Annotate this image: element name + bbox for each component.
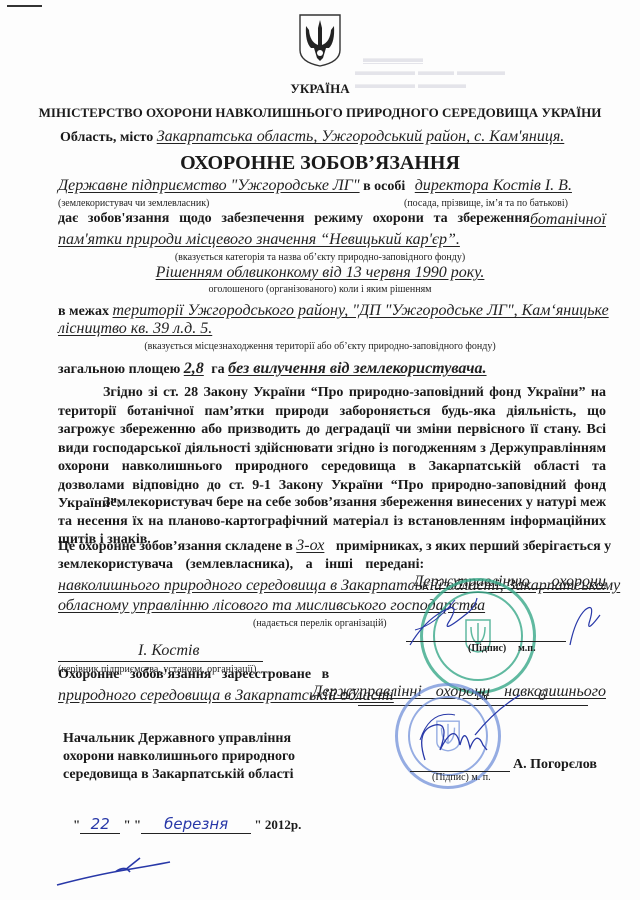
sign-caption-2: (Підпис) м. п.: [432, 772, 491, 783]
location-value-line1: території Ужгородського району, "ДП "Ужг…: [112, 302, 608, 319]
signature-1-icon: [405, 590, 485, 650]
landuser-value: Державне підприємство "Ужгородське ЛГ": [58, 177, 360, 194]
copies-row-1: Це охоронне зобов’язання складене в 3-ох…: [58, 537, 606, 555]
registration-value-line2: природного середовища в Закарпатській об…: [58, 687, 394, 704]
location-label: в межах: [58, 304, 109, 319]
chief-name: А. Погорєлов: [513, 757, 597, 773]
corner-mark: [7, 5, 42, 7]
location-value-line2: лісництво кв. 39 л.д. 5.: [58, 320, 212, 338]
date-day: 22: [91, 815, 110, 833]
chief-title-line2: охорони навколишнього природного: [63, 748, 295, 766]
obligation-text: дає зобов'язання щодо забезпечення режим…: [58, 211, 530, 226]
landuser-caption: (землекористувач чи землевласник): [58, 198, 209, 209]
chief-title-line1: Начальник Державного управління: [63, 730, 295, 748]
date-row: " 22 " " березня " 2012р.: [73, 815, 301, 834]
registration-number: 6: [538, 687, 546, 705]
signature-2-icon: [405, 690, 525, 770]
object-caption: (вказується категорія та назва об’єкту п…: [0, 252, 640, 263]
signature-initials-icon: [565, 600, 605, 650]
area-value: 2,8: [184, 360, 208, 377]
copies-text-after: примірниках, з яких перший зберігається …: [336, 539, 611, 554]
copies-count: 3-ох: [296, 537, 332, 554]
in-person-label: в особі: [363, 179, 405, 194]
location-caption: (вказується місцезнаходження території а…: [0, 341, 640, 352]
area-unit: га: [211, 362, 224, 377]
country-title: УКРАЇНА: [0, 81, 640, 97]
date-day-field: 22: [80, 815, 120, 834]
bottom-signature-stroke-icon: [55, 850, 175, 890]
area-row: загальною площею 2,8 га без вилучення ві…: [58, 360, 487, 378]
document-title: ОХОРОННЕ ЗОБОВ’ЯЗАННЯ: [0, 152, 640, 175]
sign-caption-1: (Підпис): [468, 643, 506, 654]
seal-caption-1: м.п.: [518, 643, 536, 654]
person-value: директора Костів І. В.: [409, 177, 572, 194]
recipients-line2: навколишнього природного середовища в За…: [58, 577, 620, 595]
region-value: Закарпатська область, Ужгородський район…: [157, 128, 565, 145]
region-row: Область, місто Закарпатська область, Ужг…: [60, 128, 564, 146]
copies-line2-prefix: землекористувача (землевласника), а інші…: [58, 557, 424, 572]
date-year-prefix: 201: [265, 817, 285, 832]
date-month: березня: [164, 815, 228, 833]
date-year-unit: р.: [291, 817, 301, 832]
copies-text-before: Це охоронне зобов’язання складене в: [58, 539, 293, 554]
chief-title: Начальник Державного управління охорони …: [63, 730, 295, 784]
ministry-title: МІНІСТЕРСТВО ОХОРОНИ НАВКОЛИШНЬОГО ПРИРО…: [0, 105, 640, 121]
object-line2: пам'ятки природи місцевого значення “Нев…: [58, 231, 460, 249]
recipients-caption: (надається перелік організацій): [253, 618, 387, 629]
area-note: без вилучення від землекористувача.: [228, 360, 486, 377]
trident-icon: [297, 12, 343, 68]
person-caption: (посада, прізвище, ім’я та по батькові): [404, 198, 568, 209]
date-month-field: березня: [141, 815, 251, 834]
head-name: І. Костів: [138, 642, 199, 660]
registration-text: Охоронне зобов'язання зареєстроване в: [58, 667, 329, 682]
decision-value: Рішенням облвиконкому від 13 червня 1990…: [0, 264, 640, 282]
region-label: Область, місто: [60, 130, 153, 145]
decision-caption: оголошеного (організованого) коли і яким…: [0, 284, 640, 295]
obligation-row: дає зобов'язання щодо забезпечення режим…: [58, 211, 606, 229]
object-line1: ботанічної: [530, 211, 606, 229]
chief-title-line3: середовища в Закарпатській області: [63, 766, 295, 784]
party-row: Державне підприємство "Ужгородське ЛГ" в…: [58, 177, 572, 195]
document-page: ▬▬▬▬▬ ▬▬▬▬▬ ▬▬▬ ▬▬▬▬ ▬▬▬▬▬ ▬▬▬▬ УКРАЇНА …: [0, 0, 640, 900]
area-label: загальною площею: [58, 362, 180, 377]
location-row: в межах території Ужгородського району, …: [58, 302, 609, 320]
